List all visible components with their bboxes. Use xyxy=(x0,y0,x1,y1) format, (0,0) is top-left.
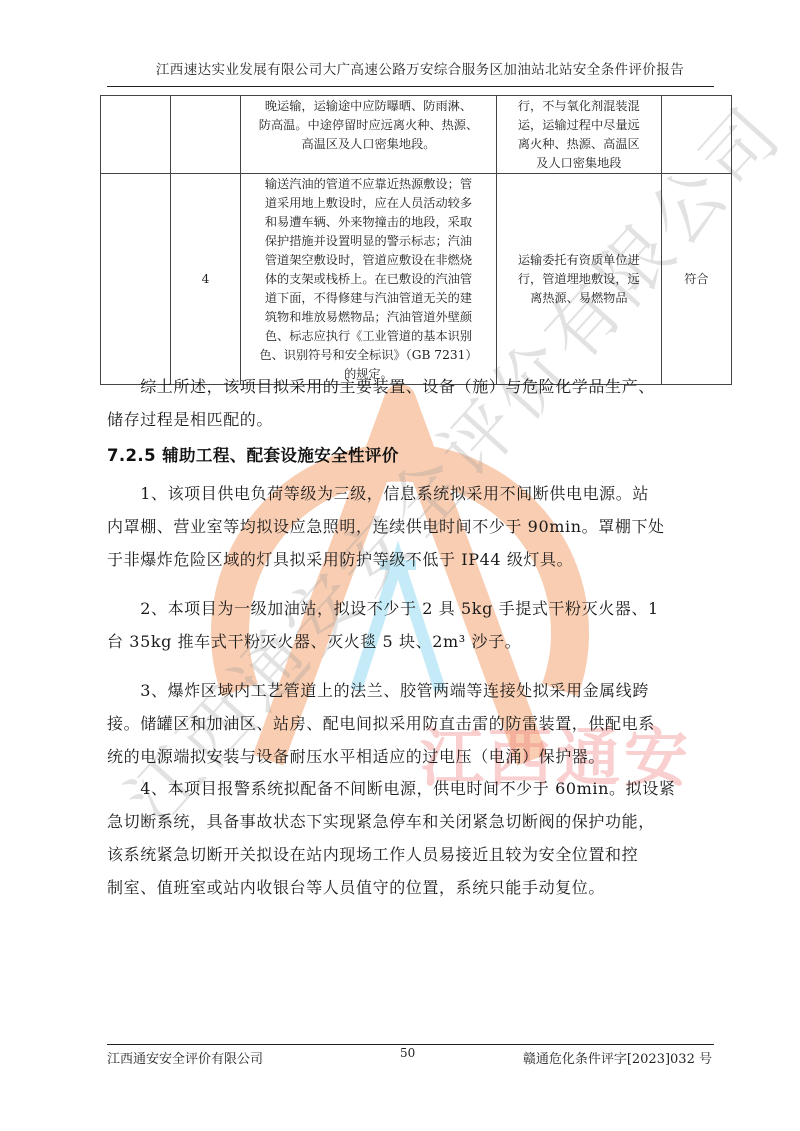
table-cell-result xyxy=(661,96,731,174)
page-number: 50 xyxy=(400,1046,415,1060)
table-cell-requirement: 输送汽油的管道不应靠近热源敷设；管 道采用地上敷设时，应在人员活动较多 和易遭车… xyxy=(241,174,497,385)
footer-doc-number: 赣通危化条件评字[2023]032 号 xyxy=(523,1048,712,1067)
table-cell-requirement: 晚运输，运输途中应防曝晒、防雨淋、 防高温。中途停留时应远离火种、热源、 高温区… xyxy=(241,96,497,174)
page-header-title: 江西速达实业发展有限公司大广高速公路万安综合服务区加油站北站安全条件评价报告 xyxy=(140,58,700,78)
measure-text: 行，不与氧化剂混装混 运，运输过程中尽量远 离火种、热源、高温区 及人口密集地段 xyxy=(505,97,653,173)
summary-paragraph: 综上所述，该项目拟采用的主要装置、设备（施）与危险化学品生产、 储存过程是相匹配… xyxy=(107,370,715,436)
footer-divider xyxy=(107,1044,714,1045)
item-paragraph-1: 1、该项目供电负荷等级为三级，信息系统拟采用不间断供电电源。站 内罩棚、营业室等… xyxy=(107,477,715,576)
table-row: 晚运输，运输途中应防曝晒、防雨淋、 防高温。中途停留时应远离火种、热源、 高温区… xyxy=(101,96,732,174)
item-paragraph-3: 3、爆炸区域内工艺管道上的法兰、胶管两端等连接处拟采用金属线跨 接。储罐区和加油… xyxy=(107,674,715,773)
table-cell-index xyxy=(170,96,240,174)
table-cell-measure: 运输委托有资质单位进 行，管道埋地敷设，远 离热源、易燃物品 xyxy=(496,174,661,385)
table-cell-category xyxy=(101,174,171,385)
section-heading: 7.2.5 辅助工程、配套设施安全性评价 xyxy=(107,442,399,466)
footer-company: 江西通安安全评价有限公司 xyxy=(107,1048,263,1067)
item-paragraph-4: 4、本项目报警系统拟配备不间断电源，供电时间不少于 60min。拟设紧 急切断系… xyxy=(107,772,715,904)
measure-text: 运输委托有资质单位进 行，管道埋地敷设，远 离热源、易燃物品 xyxy=(505,251,653,308)
requirement-text: 输送汽油的管道不应靠近热源敷设；管 道采用地上敷设时，应在人员活动较多 和易遭车… xyxy=(249,175,488,384)
evaluation-table: 晚运输，运输途中应防曝晒、防雨淋、 防高温。中途停留时应远离火种、热源、 高温区… xyxy=(100,95,732,385)
table-cell-index: 4 xyxy=(170,174,240,385)
header-divider xyxy=(107,86,714,87)
document-page: 江西速达实业发展有限公司大广高速公路万安综合服务区加油站北站安全条件评价报告 晚… xyxy=(0,0,800,1131)
item-paragraph-2: 2、本项目为一级加油站，拟设不少于 2 具 5kg 手提式干粉灭火器、1 台 3… xyxy=(107,592,715,658)
table-cell-result: 符合 xyxy=(661,174,731,385)
table-cell-measure: 行，不与氧化剂混装混 运，运输过程中尽量远 离火种、热源、高温区 及人口密集地段 xyxy=(496,96,661,174)
table-row: 4 输送汽油的管道不应靠近热源敷设；管 道采用地上敷设时，应在人员活动较多 和易… xyxy=(101,174,732,385)
table-cell-category xyxy=(101,96,171,174)
requirement-text: 晚运输，运输途中应防曝晒、防雨淋、 防高温。中途停留时应远离火种、热源、 高温区… xyxy=(249,97,488,154)
